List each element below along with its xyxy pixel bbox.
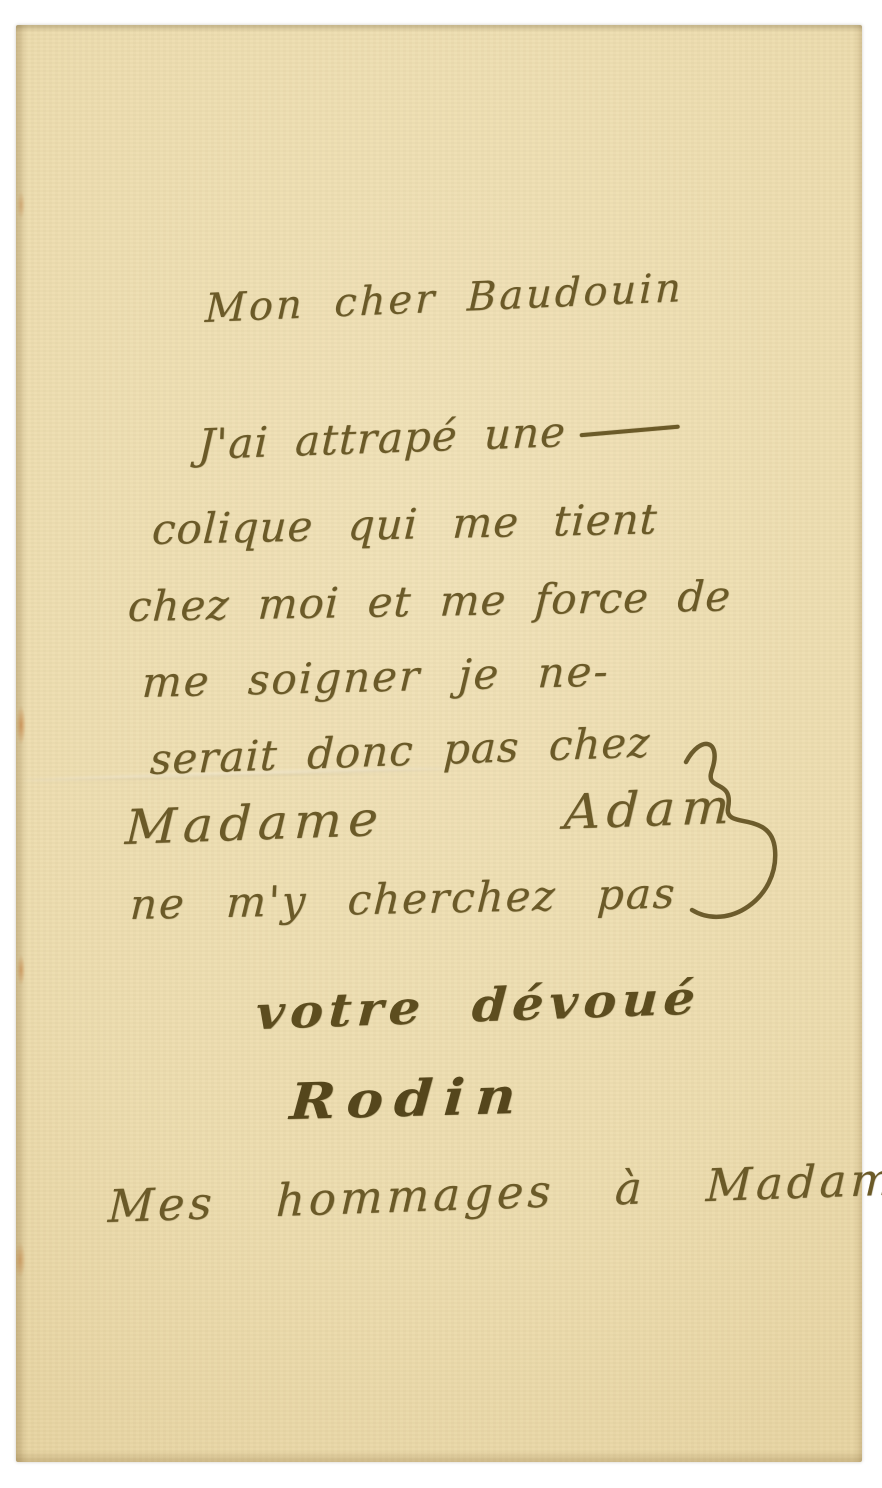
body-line-7: ne m'y cherchez pas [129, 871, 678, 929]
body-line-1: J'ai attrapé une [197, 405, 680, 468]
salutation-line: Mon cher Baudouin [204, 266, 684, 331]
body-line-5: serait donc pas chez [149, 719, 651, 783]
body-line-6: Madame Adam [124, 781, 736, 855]
pen-flourish-chez [666, 730, 836, 945]
body-line-1-text: J'ai attrapé une [197, 407, 567, 469]
pen-stroke-flourish [580, 424, 680, 436]
postscript-line: Mes hommages à Madame [107, 1153, 882, 1231]
body-line-2: colique qui me tient [151, 496, 659, 553]
letter-page: Mon cher Baudouin J'ai attrapé une coliq… [16, 25, 862, 1462]
closing-line: votre dévoué [255, 972, 702, 1038]
body-line-3: chez moi et me force de [127, 573, 733, 630]
scan-background: Mon cher Baudouin J'ai attrapé une coliq… [0, 0, 882, 1488]
signature: Rodin [288, 1068, 528, 1129]
body-line-4: me soigner je ne- [141, 649, 611, 707]
